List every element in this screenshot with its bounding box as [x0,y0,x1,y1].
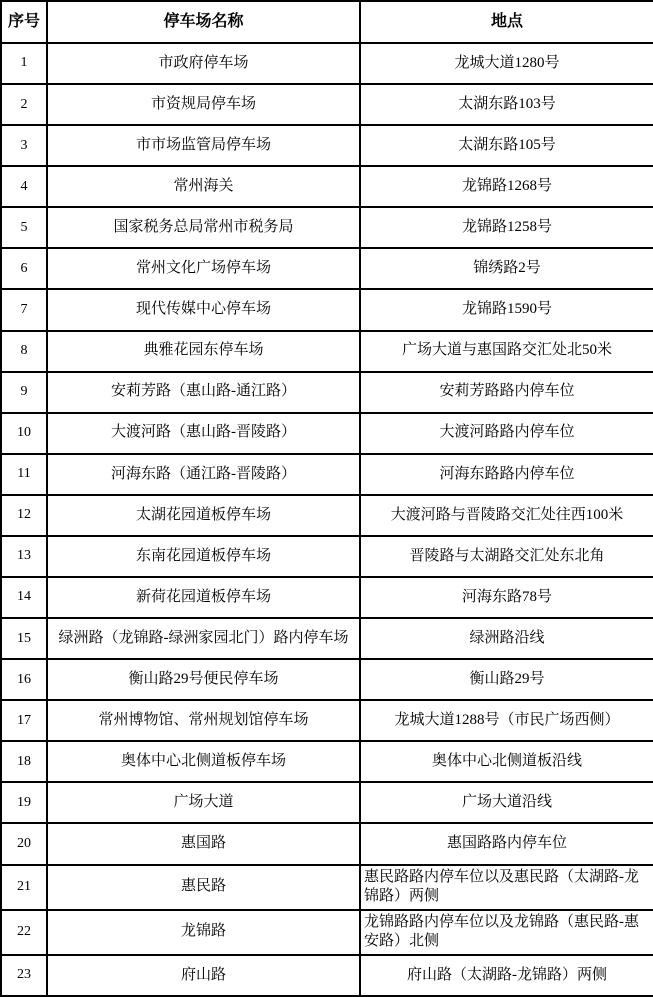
parking-lot-name-cell: 衡山路29号便民停车场 [47,659,360,700]
location-cell: 衡山路29号 [360,659,653,700]
parking-lot-name-cell: 安莉芳路（惠山路-通江路） [47,372,360,413]
row-number-cell: 7 [1,289,47,330]
location-cell: 河海东路路内停车位 [360,454,653,495]
location-cell: 龙城大道1288号（市民广场西侧） [360,700,653,741]
location-cell: 广场大道与惠国路交汇处北50米 [360,331,653,372]
row-number-cell: 19 [1,782,47,823]
row-number-cell: 15 [1,618,47,659]
row-number-cell: 4 [1,166,47,207]
column-header-number: 序号 [1,1,47,43]
row-number-cell: 21 [1,865,47,910]
location-cell: 安莉芳路路内停车位 [360,372,653,413]
location-cell: 惠国路路内停车位 [360,823,653,864]
location-cell: 绿洲路沿线 [360,618,653,659]
table-row: 14 新荷花园道板停车场 河海东路78号 [1,577,653,618]
table-row: 22 龙锦路 龙锦路路内停车位以及龙锦路（惠民路-惠安路）北侧 [1,910,653,955]
row-number-cell: 23 [1,955,47,996]
table-row: 2 市资规局停车场 太湖东路103号 [1,84,653,125]
location-cell: 锦绣路2号 [360,248,653,289]
table-row: 6 常州文化广场停车场 锦绣路2号 [1,248,653,289]
row-number-cell: 11 [1,454,47,495]
table-row: 19 广场大道 广场大道沿线 [1,782,653,823]
row-number-cell: 13 [1,536,47,577]
parking-lot-name-cell: 市市场监管局停车场 [47,125,360,166]
row-number-cell: 18 [1,741,47,782]
parking-lot-name-cell: 惠国路 [47,823,360,864]
parking-lot-name-cell: 河海东路（通江路-晋陵路） [47,454,360,495]
table-row: 15 绿洲路（龙锦路-绿洲家园北门）路内停车场 绿洲路沿线 [1,618,653,659]
location-cell: 大渡河路路内停车位 [360,413,653,454]
parking-lot-name-cell: 龙锦路 [47,910,360,955]
table-header: 序号 停车场名称 地点 [1,1,653,43]
table-body: 1 市政府停车场 龙城大道1280号 2 市资规局停车场 太湖东路103号 3 … [1,43,653,996]
table-row: 11 河海东路（通江路-晋陵路） 河海东路路内停车位 [1,454,653,495]
parking-lot-name-cell: 奥体中心北侧道板停车场 [47,741,360,782]
table-row: 16 衡山路29号便民停车场 衡山路29号 [1,659,653,700]
location-cell: 广场大道沿线 [360,782,653,823]
location-cell: 府山路（太湖路-龙锦路）两侧 [360,955,653,996]
parking-lot-name-cell: 典雅花园东停车场 [47,331,360,372]
location-cell: 晋陵路与太湖路交汇处东北角 [360,536,653,577]
header-row: 序号 停车场名称 地点 [1,1,653,43]
parking-lot-name-cell: 惠民路 [47,865,360,910]
row-number-cell: 20 [1,823,47,864]
parking-lot-name-cell: 绿洲路（龙锦路-绿洲家园北门）路内停车场 [47,618,360,659]
location-cell: 龙锦路路内停车位以及龙锦路（惠民路-惠安路）北侧 [360,910,653,955]
parking-lot-name-cell: 国家税务总局常州市税务局 [47,207,360,248]
table-row: 18 奥体中心北侧道板停车场 奥体中心北侧道板沿线 [1,741,653,782]
parking-lot-name-cell: 广场大道 [47,782,360,823]
table-row: 4 常州海关 龙锦路1268号 [1,166,653,207]
parking-lot-name-cell: 大渡河路（惠山路-晋陵路） [47,413,360,454]
location-cell: 奥体中心北侧道板沿线 [360,741,653,782]
location-cell: 大渡河路与晋陵路交汇处往西100米 [360,495,653,536]
table-row: 1 市政府停车场 龙城大道1280号 [1,43,653,84]
parking-lot-name-cell: 现代传媒中心停车场 [47,289,360,330]
row-number-cell: 3 [1,125,47,166]
row-number-cell: 10 [1,413,47,454]
parking-lot-name-cell: 市资规局停车场 [47,84,360,125]
location-cell: 龙锦路1258号 [360,207,653,248]
table-row: 17 常州博物馆、常州规划馆停车场 龙城大道1288号（市民广场西侧） [1,700,653,741]
parking-lot-name-cell: 府山路 [47,955,360,996]
row-number-cell: 1 [1,43,47,84]
location-cell: 龙锦路1590号 [360,289,653,330]
table-row: 10 大渡河路（惠山路-晋陵路） 大渡河路路内停车位 [1,413,653,454]
location-cell: 龙锦路1268号 [360,166,653,207]
column-header-name: 停车场名称 [47,1,360,43]
row-number-cell: 9 [1,372,47,413]
table-row: 12 太湖花园道板停车场 大渡河路与晋陵路交汇处往西100米 [1,495,653,536]
table-row: 23 府山路 府山路（太湖路-龙锦路）两侧 [1,955,653,996]
parking-lot-name-cell: 常州海关 [47,166,360,207]
row-number-cell: 22 [1,910,47,955]
parking-lot-name-cell: 常州博物馆、常州规划馆停车场 [47,700,360,741]
row-number-cell: 6 [1,248,47,289]
row-number-cell: 14 [1,577,47,618]
parking-lot-table: 序号 停车场名称 地点 1 市政府停车场 龙城大道1280号 2 市资规局停车场… [0,0,653,997]
table-row: 3 市市场监管局停车场 太湖东路105号 [1,125,653,166]
table-row: 5 国家税务总局常州市税务局 龙锦路1258号 [1,207,653,248]
table-row: 20 惠国路 惠国路路内停车位 [1,823,653,864]
row-number-cell: 16 [1,659,47,700]
table-row: 21 惠民路 惠民路路内停车位以及惠民路（太湖路-龙锦路）两侧 [1,865,653,910]
row-number-cell: 17 [1,700,47,741]
table-row: 8 典雅花园东停车场 广场大道与惠国路交汇处北50米 [1,331,653,372]
table-row: 13 东南花园道板停车场 晋陵路与太湖路交汇处东北角 [1,536,653,577]
parking-lot-name-cell: 太湖花园道板停车场 [47,495,360,536]
row-number-cell: 5 [1,207,47,248]
table-row: 9 安莉芳路（惠山路-通江路） 安莉芳路路内停车位 [1,372,653,413]
parking-lot-name-cell: 东南花园道板停车场 [47,536,360,577]
row-number-cell: 2 [1,84,47,125]
row-number-cell: 8 [1,331,47,372]
location-cell: 龙城大道1280号 [360,43,653,84]
location-cell: 河海东路78号 [360,577,653,618]
column-header-location: 地点 [360,1,653,43]
parking-lot-name-cell: 市政府停车场 [47,43,360,84]
row-number-cell: 12 [1,495,47,536]
location-cell: 太湖东路103号 [360,84,653,125]
parking-lot-name-cell: 常州文化广场停车场 [47,248,360,289]
parking-lot-name-cell: 新荷花园道板停车场 [47,577,360,618]
table-row: 7 现代传媒中心停车场 龙锦路1590号 [1,289,653,330]
location-cell: 太湖东路105号 [360,125,653,166]
location-cell: 惠民路路内停车位以及惠民路（太湖路-龙锦路）两侧 [360,865,653,910]
